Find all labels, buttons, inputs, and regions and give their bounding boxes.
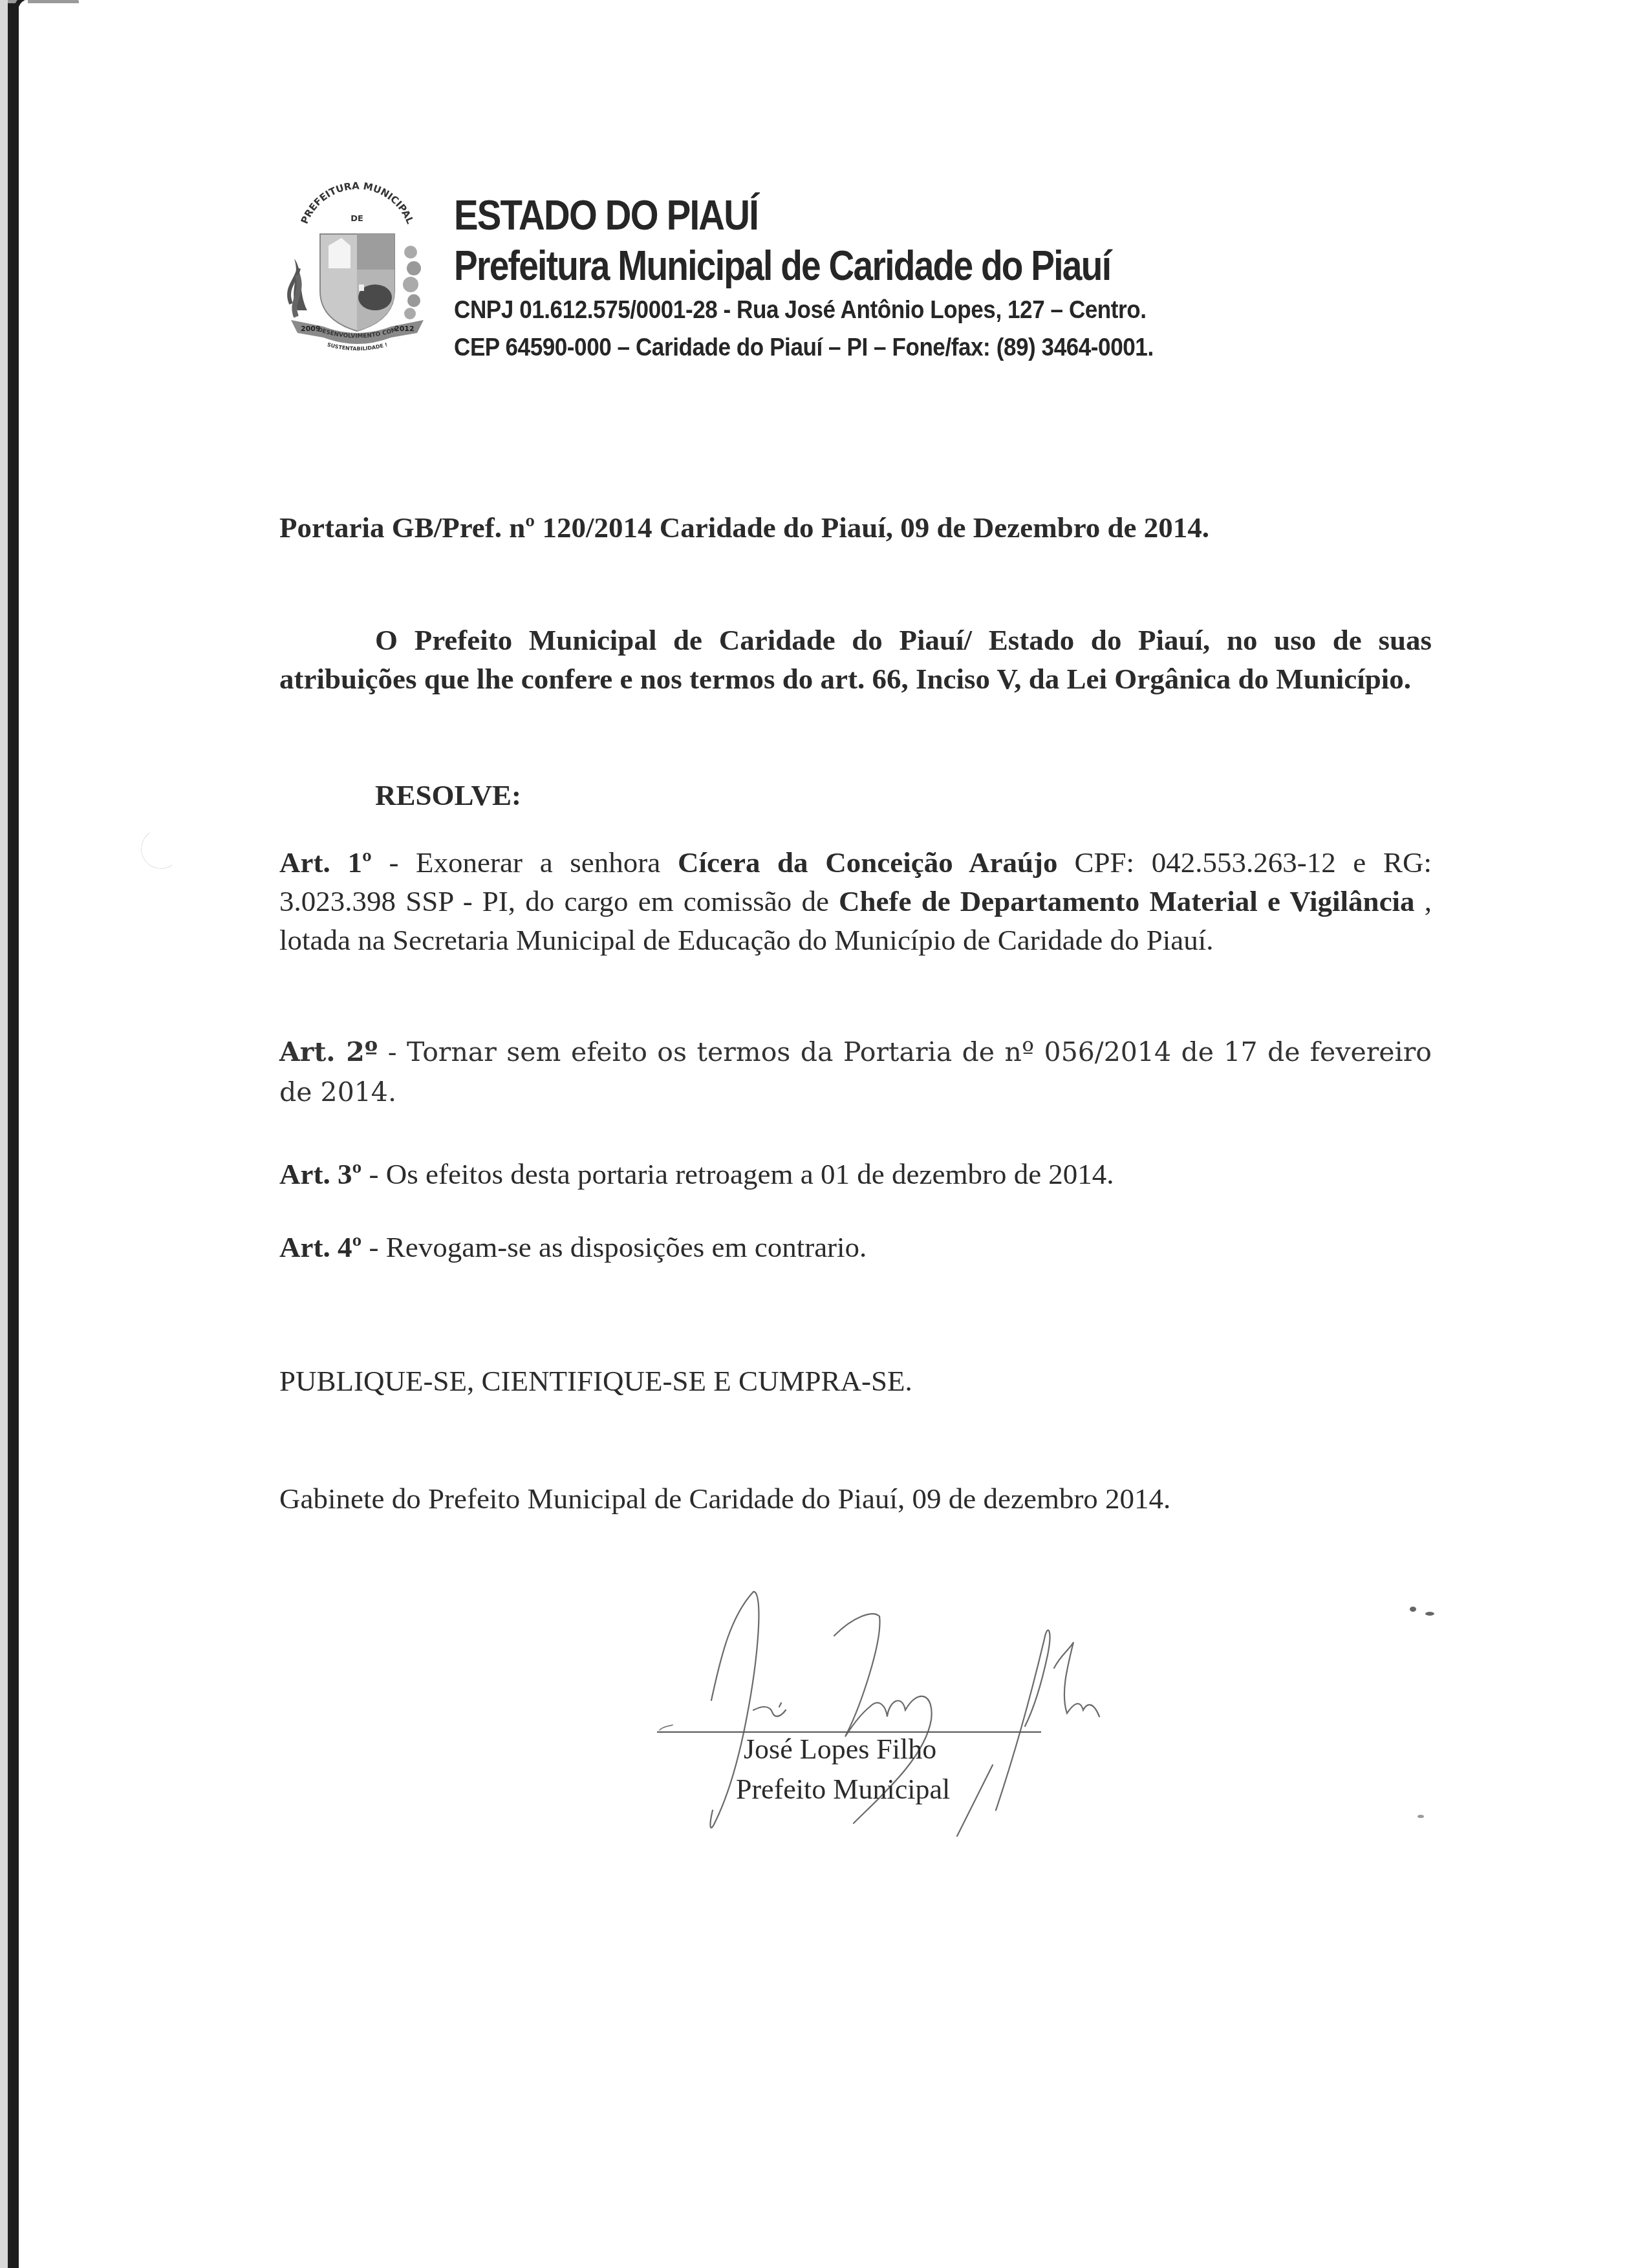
article-3-label: Art. 3º	[279, 1158, 361, 1190]
scan-edge-top	[8, 0, 79, 3]
prefecture-name: Prefeitura Municipal de Caridade do Piau…	[454, 244, 1399, 287]
signatory-title: Prefeito Municipal	[736, 1773, 950, 1806]
position-title: Chefe de Departamento Material e Vigilân…	[839, 885, 1415, 917]
intro-paragraph: O Prefeito Municipal de Caridade do Piau…	[279, 621, 1432, 698]
address-line-2: CEP 64590-000 – Caridade do Piauí – PI –…	[454, 334, 1443, 362]
scan-artifact	[138, 826, 184, 872]
letterhead-text: ESTADO DO PIAUÍ Prefeitura Municipal de …	[454, 194, 1553, 362]
article-1: Art. 1º - Exonerar a senhora Cícera da C…	[279, 843, 1432, 959]
article-2-label: Art. 2º	[279, 1036, 378, 1067]
address-line-1: CNPJ 01.612.575/0001-28 - Rua José Antôn…	[454, 296, 1443, 325]
article-2: Art. 2º - Tornar sem efeito os termos da…	[279, 1032, 1432, 1112]
article-3: Art. 3º - Os efeitos desta portaria retr…	[279, 1155, 1432, 1193]
signatory-name: José Lopes Filho	[744, 1733, 936, 1766]
handwritten-signature-icon	[647, 1578, 1229, 1849]
article-4: Art. 4º - Revogam-se as disposições em c…	[279, 1228, 1432, 1267]
svg-text:DE: DE	[350, 214, 363, 224]
article-4-label: Art. 4º	[279, 1231, 361, 1263]
scan-edge	[0, 0, 8, 2268]
publication-order: PUBLIQUE-SE, CIENTIFIQUE-SE E CUMPRA-SE.	[279, 1364, 1432, 1398]
portaria-heading: Portaria GB/Pref. nº 120/2014 Caridade d…	[279, 511, 1432, 544]
scan-edge-shadow	[8, 0, 19, 2268]
resolve-heading: RESOLVE:	[375, 778, 521, 812]
article-1-label: Art. 1º	[279, 846, 372, 879]
person-name: Cícera da Conceição Araújo	[678, 846, 1057, 879]
signature-block: José Lopes Filho Prefeito Municipal	[647, 1578, 1229, 1849]
place-date-line: Gabinete do Prefeito Municipal de Carida…	[279, 1482, 1432, 1515]
municipal-coat-of-arms-icon: PREFEITURA MUNICIPAL DE 2009 2012 DESENV…	[278, 181, 436, 362]
state-name: ESTADO DO PIAUÍ	[454, 194, 1421, 237]
